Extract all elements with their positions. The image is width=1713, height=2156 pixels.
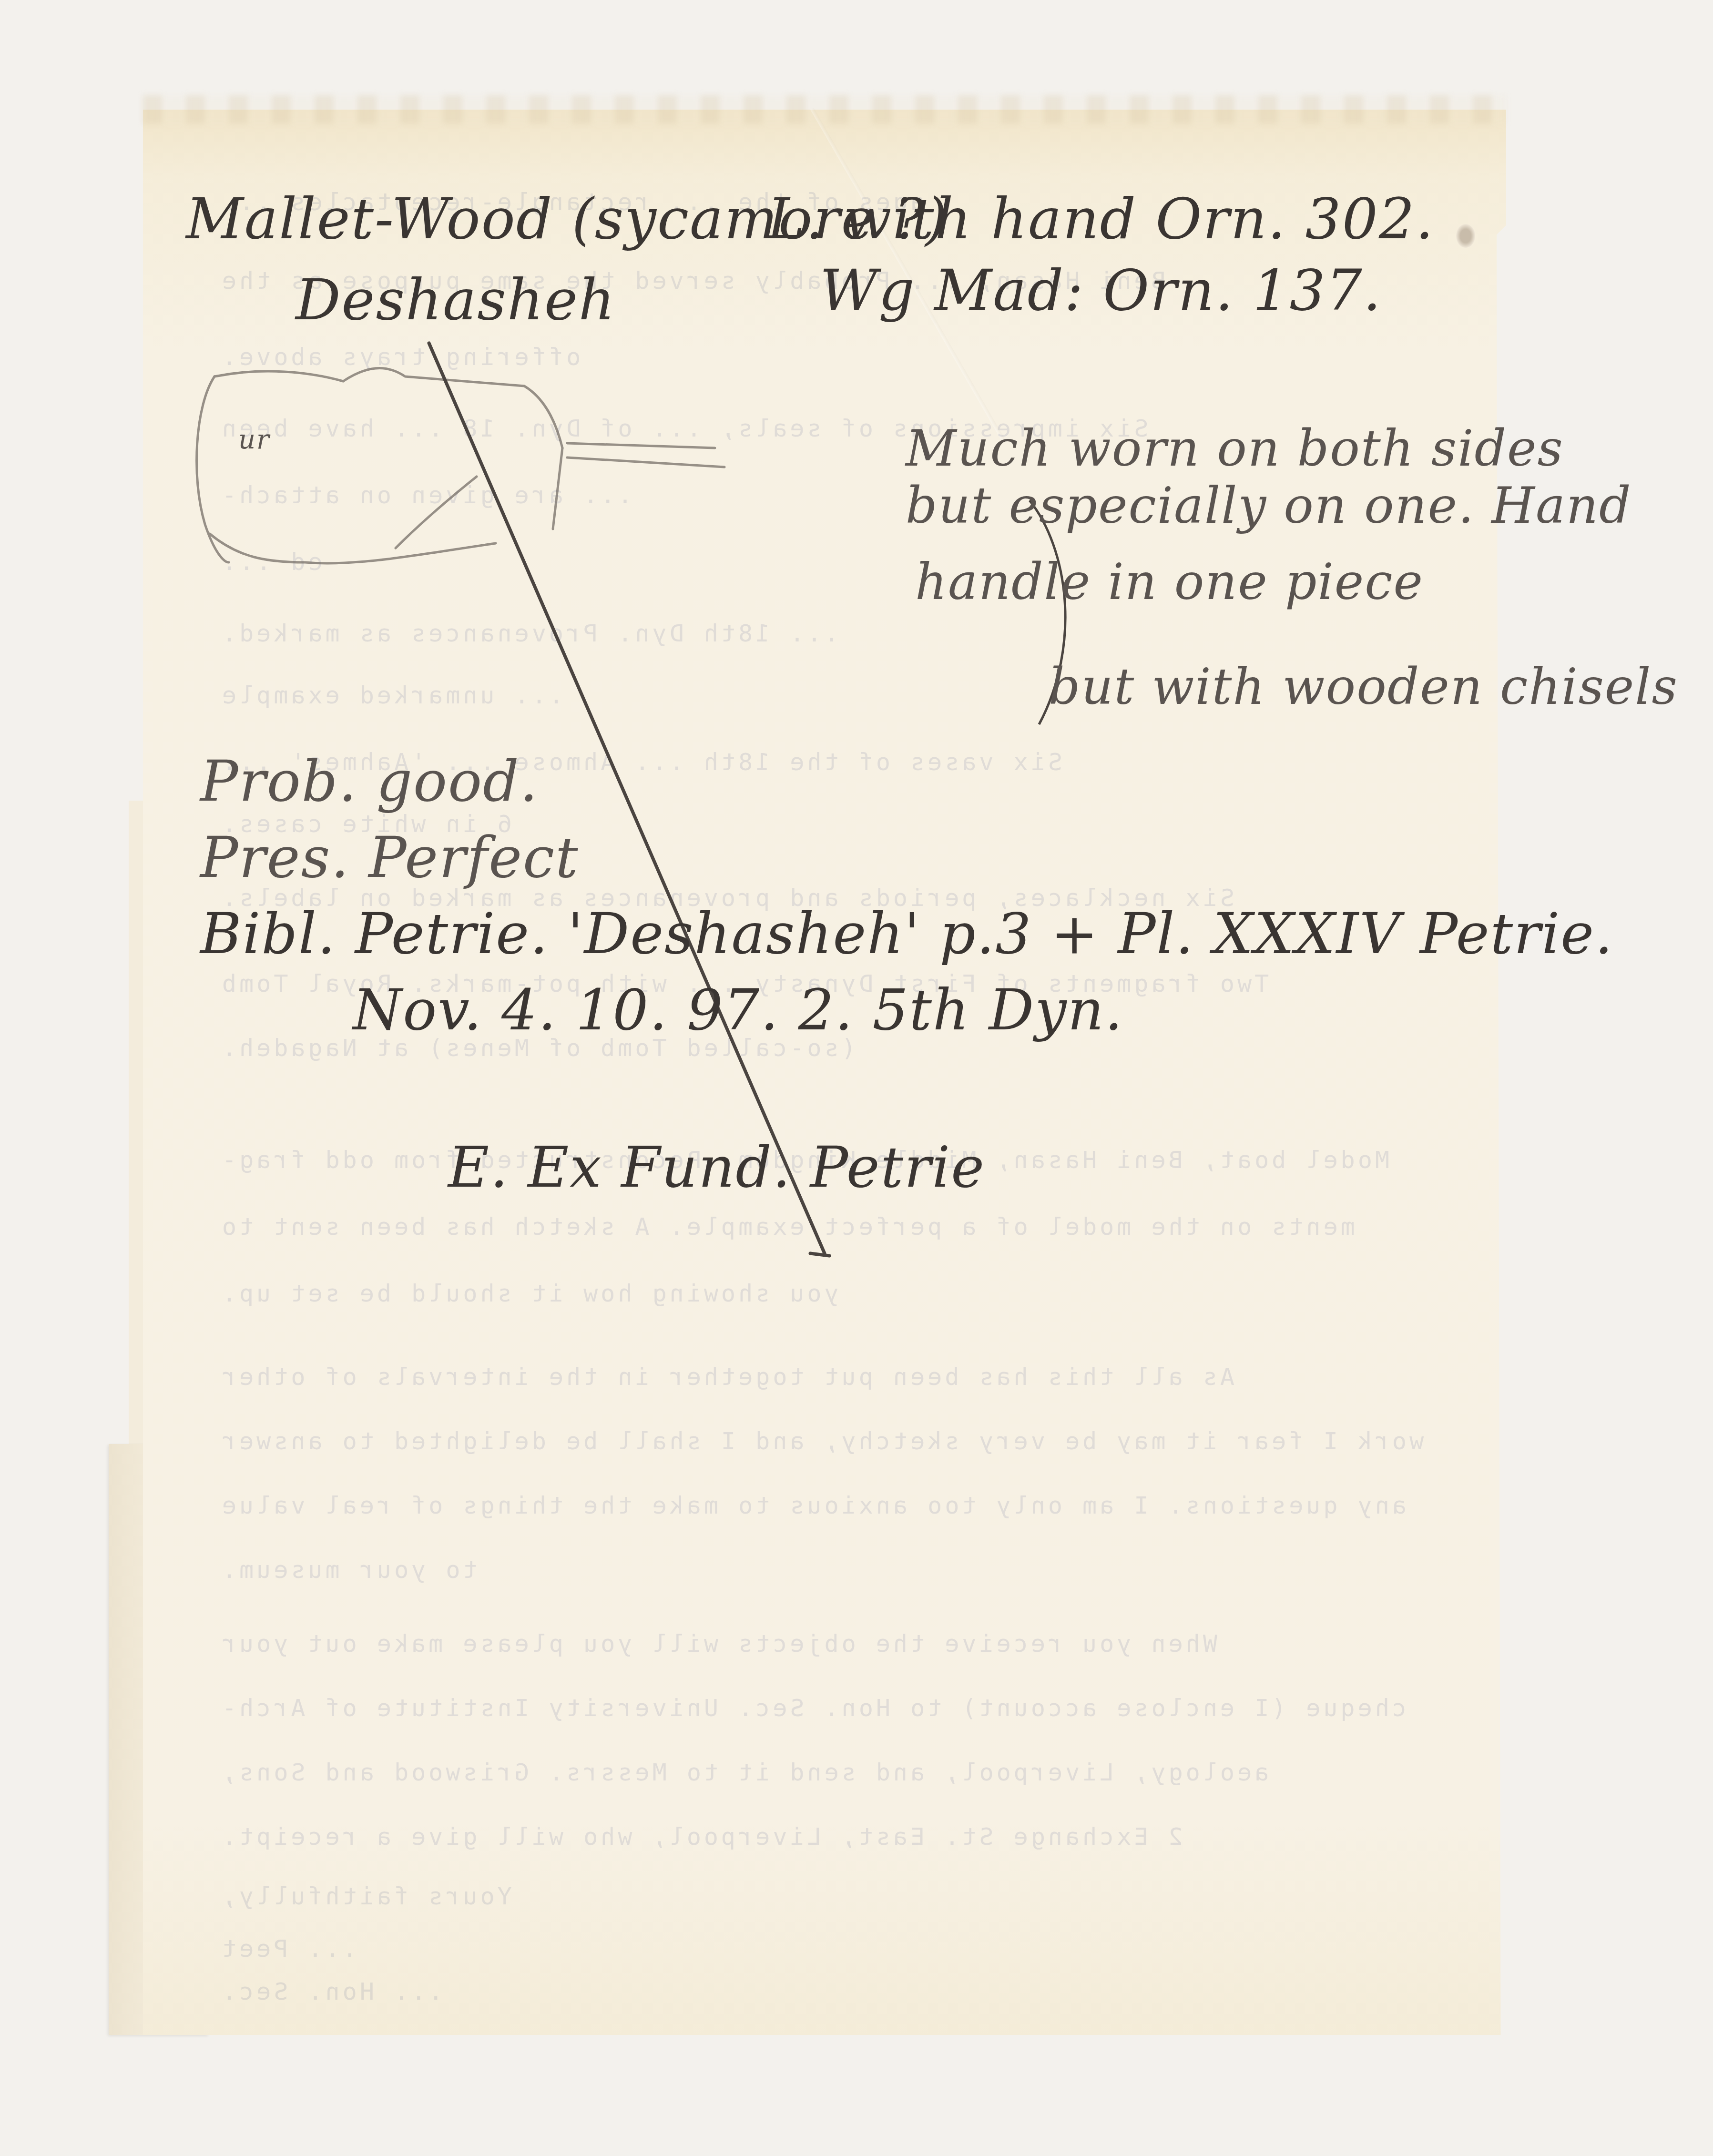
paper-hole [1456, 224, 1475, 248]
ghost-line: offering trays above. [219, 343, 1478, 371]
annotation-source: E. Ex Fund. Petrie [448, 1134, 985, 1200]
ghost-line: ... Hon. Sec. [219, 1978, 839, 2005]
torn-top-edge [143, 95, 1506, 124]
ghost-line: any questions. I am only too anxious to … [219, 1492, 1478, 1519]
annotation-bibliography: Bibl. Petrie. 'Deshasheh' p.3 + Pl. XXXI… [200, 901, 1614, 966]
document-page [143, 110, 1506, 2035]
annotation-hand-ref: L. with hand Orn. 302. [767, 186, 1434, 252]
annotation-condition: Prob. good. [200, 748, 539, 814]
ghost-line: ... 18th Dyn. Provenances as marked. [219, 620, 1478, 647]
note-especially: but especially on one. Hand [906, 477, 1631, 535]
ghost-line: Yours faithfully, [219, 1882, 1173, 1910]
annotation-accession: Nov. 4. 10. 97. 2. 5th Dyn. [353, 977, 1123, 1043]
note-chisels: but with wooden chisels [1049, 658, 1678, 716]
ghost-line: As all this has been put together in the… [219, 1363, 1478, 1391]
sketch-note: ur [238, 424, 270, 455]
annotation-site: Deshasheh [296, 267, 616, 333]
annotation-wg-ref: Wg Mad: Orn. 137. [820, 257, 1382, 323]
ghost-line: you showing how it should be set up. [219, 1280, 1478, 1307]
ghost-line: ... Peet [219, 1935, 839, 1963]
ghost-line: to your museum. [219, 1556, 1478, 1584]
annotation-preservation: Pres. Perfect [200, 824, 579, 890]
ghost-line: ments on the model of a perfect example.… [219, 1213, 1478, 1241]
note-handle: handle in one piece [915, 553, 1424, 611]
ghost-line: 2 Exchange St. East, Liverpool, who will… [219, 1823, 1478, 1851]
ghost-line: cheque (I enclose account) to Hon. Sec. … [219, 1694, 1478, 1722]
note-line: Much worn on both sides [906, 419, 1564, 478]
ghost-line: aeology, Liverpool, and send it to Messr… [219, 1759, 1478, 1786]
ghost-line: work I fear it may be very sketchy, and … [219, 1427, 1478, 1455]
ghost-line: When you receive the objects will you pl… [219, 1630, 1478, 1658]
note-worn: Much worn on both sides [906, 419, 1564, 478]
